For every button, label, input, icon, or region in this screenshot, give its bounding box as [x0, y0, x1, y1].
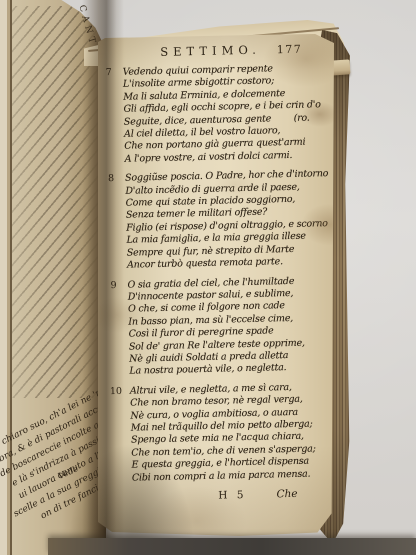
catchword: Che	[276, 488, 297, 500]
book-photo-scene: CANTO a rio chiaro suo, ch'a lei ne 'nom…	[0, 0, 416, 555]
stanza-number: 9	[110, 279, 116, 292]
stanza-number: 7	[106, 67, 112, 80]
stanza-number: 8	[108, 173, 114, 186]
page-content: SETTIMO. 177 7Vedendo quiui comparir rep…	[112, 38, 340, 504]
table-edge	[48, 538, 416, 555]
page-number: 177	[277, 43, 303, 57]
right-page: SETTIMO. 177 7Vedendo quiui comparir rep…	[98, 34, 334, 536]
stanzas-container: 7Vedendo quiui comparir repenteL'insolit…	[113, 62, 340, 485]
stanza: 10Altrui vile, e negletta, a me sì cara,…	[120, 381, 340, 485]
signature-mark: H 5	[218, 489, 246, 502]
stanza: 7Vedendo quiui comparir repenteL'insolit…	[113, 62, 333, 166]
page-footer: H 5 Che	[218, 487, 340, 502]
stanza-number: 10	[110, 386, 122, 399]
running-title: SETTIMO.	[160, 43, 261, 59]
stanza: 9O sia gratia del ciel, che l'humiltadeD…	[117, 274, 337, 378]
stanza: 8Soggiũse poscia. O Padre, hor che d'int…	[115, 168, 335, 272]
page-header: SETTIMO. 177	[160, 41, 330, 59]
